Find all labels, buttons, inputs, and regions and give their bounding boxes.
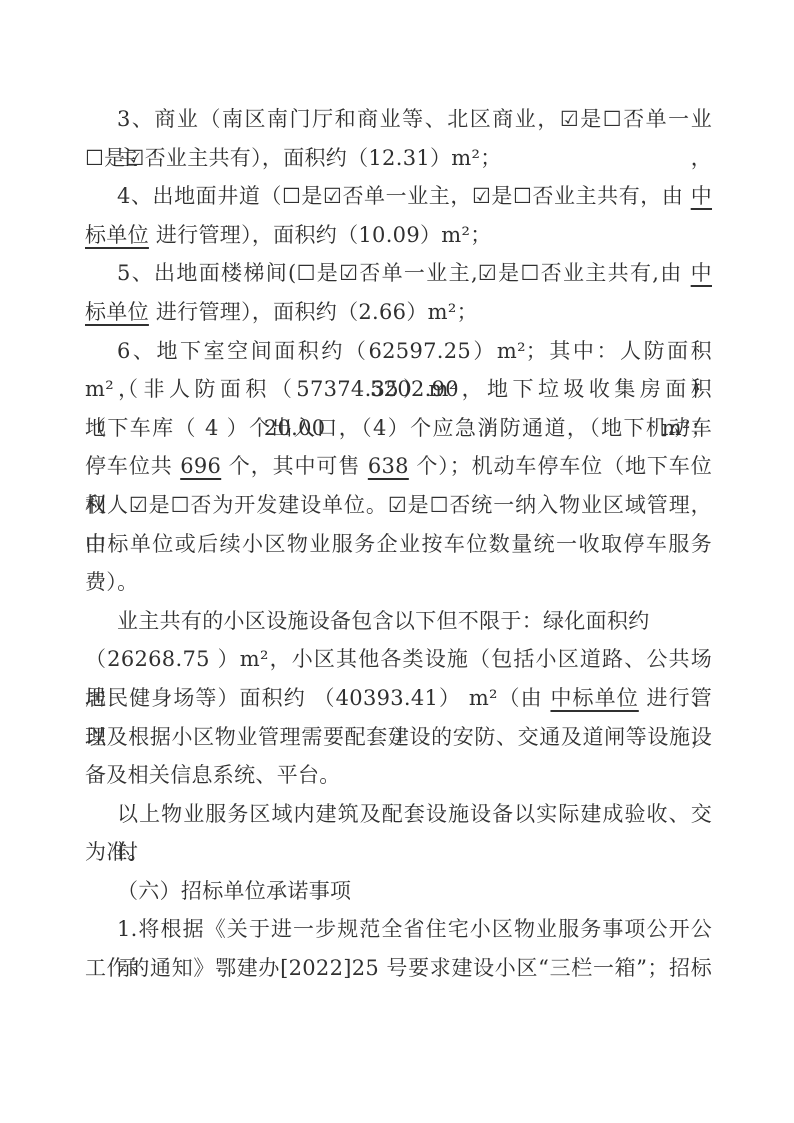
text-run: 进行管理），面积约（2.66）m²； xyxy=(149,300,478,324)
text-run: 居民健身场等）面积约 （40393.41） m²（由 xyxy=(85,686,550,710)
text-line: （26268.75 ）m²，小区其他各类设施（包括小区道路、公共场地、 xyxy=(85,640,712,679)
underlined-text-run: 中标单位 xyxy=(550,686,638,710)
text-run: 为准。 xyxy=(85,840,149,864)
text-line: 4、出地面井道（☐是☑否单一业主，☑是☐否业主共有，由 中 xyxy=(85,177,712,216)
text-run: 备及相关信息系统、平台。 xyxy=(85,763,341,787)
checkbox-unchecked-icon: ☐ xyxy=(171,493,190,517)
text-run: 以及根据小区物业管理需要配套建设的安防、交通及道闸等设施设 xyxy=(85,725,712,749)
text-run: 利人 xyxy=(85,493,129,517)
checkbox-checked-icon: ☑ xyxy=(472,184,491,208)
text-run: 是 xyxy=(316,261,339,285)
checkbox-checked-icon: ☑ xyxy=(478,261,497,285)
text-run: 地下车库（ 4 ）个出入口，（4）个应急消防通道，（地下机动车 xyxy=(85,416,712,440)
text-run: 是 xyxy=(148,493,171,517)
checkbox-unchecked-icon: ☐ xyxy=(85,146,104,170)
text-line: 备及相关信息系统、平台。 xyxy=(85,756,712,795)
document-body: 3、商业（南区南门厅和商业等、北区商业，☑是☐否单一业主，☐是☑否业主共有），面… xyxy=(85,100,712,988)
text-line: 3、商业（南区南门厅和商业等、北区商业，☑是☐否单一业主， xyxy=(85,100,712,139)
checkbox-checked-icon: ☑ xyxy=(323,184,342,208)
text-line: 标单位 进行管理），面积约（10.09）m²； xyxy=(85,216,712,255)
text-line: 利人☑是☐否为开发建设单位。☑是☐否统一纳入物业区域管理，由 xyxy=(85,486,712,525)
text-line: 6、地下室空间面积约（62597.25）m²；其中：人防面积（5202.90） xyxy=(85,332,712,371)
underlined-text-run: 中 xyxy=(691,184,712,208)
checkbox-unchecked-icon: ☐ xyxy=(282,184,301,208)
checkbox-unchecked-icon: ☐ xyxy=(297,261,316,285)
underlined-text-run: 标单位 xyxy=(85,300,149,324)
text-run: 进行管理），面积约（10.09）m²； xyxy=(149,223,492,247)
text-run: 3、商业（南区南门厅和商业等、北区商业， xyxy=(117,107,560,131)
text-run: 否单一业主, xyxy=(358,261,478,285)
text-run: 是 xyxy=(407,493,430,517)
text-run: 业主共有的小区设施设备包含以下但不限于：绿化面积约 xyxy=(117,609,650,633)
text-run: 是 xyxy=(301,184,323,208)
text-line: 地下车库（ 4 ）个出入口，（4）个应急消防通道，（地下机动车 xyxy=(85,409,712,448)
text-run: 个，其中可售 xyxy=(221,454,368,478)
text-run: （六）招标单位承诺事项 xyxy=(117,879,351,903)
checkbox-unchecked-icon: ☐ xyxy=(520,261,539,285)
text-run: 4、出地面井道（ xyxy=(117,184,282,208)
text-line: 停车位共 696 个，其中可售 638 个）；机动车停车位（地下车位权 xyxy=(85,447,712,486)
text-line: 1.将根据《关于进一步规范全省住宅小区物业服务事项公开公示 xyxy=(85,910,712,949)
text-run: 否为开发建设单位。 xyxy=(190,493,388,517)
text-run: 费）。 xyxy=(85,570,138,594)
text-line: 5、出地面楼梯间(☐是☑否单一业主,☑是☐否业主共有,由 中 xyxy=(85,254,712,293)
text-line: 费）。 xyxy=(85,563,712,602)
text-line: 居民健身场等）面积约 （40393.41） m²（由 中标单位 进行管理）， xyxy=(85,679,712,718)
document-page: 3、商业（南区南门厅和商业等、北区商业，☑是☐否单一业主，☐是☑否业主共有），面… xyxy=(0,0,794,1123)
checkbox-checked-icon: ☑ xyxy=(339,261,358,285)
text-line: （六）招标单位承诺事项 xyxy=(85,872,712,911)
checkbox-checked-icon: ☑ xyxy=(125,146,144,170)
checkbox-unchecked-icon: ☐ xyxy=(513,184,532,208)
text-run: 否业主共有,由 xyxy=(540,261,691,285)
checkbox-unchecked-icon: ☐ xyxy=(430,493,449,517)
checkbox-checked-icon: ☑ xyxy=(388,493,407,517)
text-run: 否单一业主， xyxy=(342,184,472,208)
text-line: 标单位 进行管理），面积约（2.66）m²； xyxy=(85,293,712,332)
underlined-text-run: 638 xyxy=(368,454,409,478)
text-run: 工作的通知》鄂建办[2022]25 号要求建设小区“三栏一箱”；招标 xyxy=(85,956,712,980)
underlined-text-run: 中 xyxy=(691,261,712,285)
text-line: m²，非人防面积（57374.35）m²，地下垃圾收集房面积（20.00）m²； xyxy=(85,370,712,409)
text-run: 5、出地面楼梯间( xyxy=(117,261,297,285)
text-line: 为准。 xyxy=(85,833,712,872)
text-run: 否业主共有），面积约（12.31）m²； xyxy=(145,146,502,170)
underlined-text-run: 696 xyxy=(180,454,221,478)
text-run: 是 xyxy=(497,261,520,285)
text-run: 是 xyxy=(491,184,513,208)
checkbox-checked-icon: ☑ xyxy=(129,493,148,517)
text-line: 以上物业服务区域内建筑及配套设施设备以实际建成验收、交付 xyxy=(85,795,712,834)
text-line: 以及根据小区物业管理需要配套建设的安防、交通及道闸等设施设 xyxy=(85,718,712,757)
underlined-text-run: 标单位 xyxy=(85,223,149,247)
text-run: 是 xyxy=(579,107,603,131)
text-run: 停车位共 xyxy=(85,454,180,478)
text-line: 工作的通知》鄂建办[2022]25 号要求建设小区“三栏一箱”；招标 xyxy=(85,949,712,988)
text-run: 否业主共有，由 xyxy=(532,184,691,208)
text-line: 业主共有的小区设施设备包含以下但不限于：绿化面积约 xyxy=(85,602,712,641)
text-run: 中标单位或后续小区物业服务企业按车位数量统一收取停车服务 xyxy=(85,532,712,556)
checkbox-unchecked-icon: ☐ xyxy=(603,107,622,131)
checkbox-checked-icon: ☑ xyxy=(560,107,579,131)
text-line: 中标单位或后续小区物业服务企业按车位数量统一收取停车服务 xyxy=(85,525,712,564)
text-run: 是 xyxy=(104,146,125,170)
